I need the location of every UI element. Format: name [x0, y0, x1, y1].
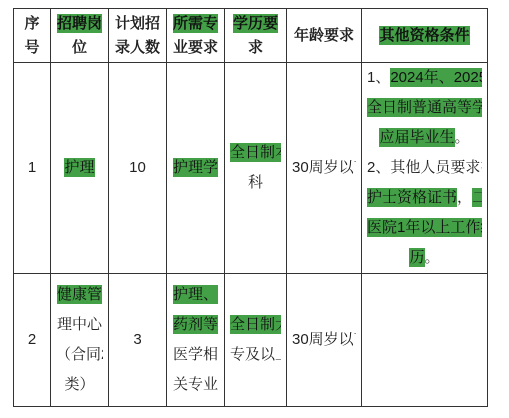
- text-segment: 10: [129, 159, 146, 176]
- highlighted-text-segment: 护理学: [173, 158, 218, 177]
- cell-line: 全日制大: [230, 310, 281, 340]
- text-segment: 2: [28, 331, 36, 348]
- cell-line: 学历要: [230, 12, 281, 36]
- cell-line: （合同2: [56, 340, 103, 370]
- cell-line: 1、2024年、2025年: [367, 63, 482, 93]
- cell-line: 计划招: [114, 12, 161, 36]
- header-cell: 所需专业要求: [167, 9, 225, 63]
- highlighted-text-segment: 全日制本: [230, 143, 281, 162]
- text-segment: 30周岁以下: [292, 331, 356, 348]
- highlighted-text-segment: 全日制普通高等学校: [367, 98, 482, 117]
- cell-line: 位: [56, 36, 103, 60]
- text-segment: 。: [425, 249, 440, 266]
- cell-line: 护士资格证书，二级: [367, 183, 482, 213]
- cell-line: 号: [19, 36, 45, 60]
- text-segment: 30周岁以下: [292, 159, 356, 176]
- text-segment: 位: [72, 39, 87, 56]
- cell-line: 健康管: [56, 280, 103, 310]
- cell-line: 序: [19, 12, 45, 36]
- cell-line: 所需专: [172, 12, 219, 36]
- text-segment: （合同2: [56, 346, 103, 363]
- table-cell: 10: [109, 63, 167, 274]
- text-segment: 号: [24, 39, 39, 56]
- text-segment: 录人数: [115, 39, 160, 56]
- cell-line: 关专业: [172, 370, 219, 400]
- text-segment: 医学相: [173, 346, 218, 363]
- text-segment: 序: [24, 15, 39, 32]
- cell-line: 10: [114, 153, 161, 183]
- cell-line: 年龄要求: [292, 24, 356, 48]
- highlighted-text-segment: 2024年、2025年: [390, 68, 482, 87]
- cell-line: 医学相: [172, 340, 219, 370]
- highlighted-text-segment: 药剂等: [173, 315, 218, 334]
- cell-line: 护理: [56, 153, 103, 183]
- header-cell: 计划招录人数: [109, 9, 167, 63]
- highlighted-text-segment: 学历要: [233, 14, 278, 33]
- cell-line: 理中心: [56, 310, 103, 340]
- table-row: 1护理10护理学全日制本科30周岁以下1、2024年、2025年全日制普通高等学…: [14, 63, 488, 274]
- table-cell: 30周岁以下: [287, 63, 362, 274]
- cell-line: 2、其他人员要求有: [367, 153, 482, 183]
- text-segment: 年龄要求: [294, 27, 354, 44]
- cell-line: 30周岁以下: [292, 153, 356, 183]
- table-cell: [362, 274, 488, 407]
- table-cell: 健康管理中心（合同2类）: [51, 274, 109, 407]
- cell-line: 业要求: [172, 36, 219, 60]
- highlighted-text-segment: 二级: [472, 188, 482, 207]
- text-segment: 理中心: [57, 316, 102, 333]
- cell-line: 录人数: [114, 36, 161, 60]
- highlighted-text-segment: 护理、: [173, 285, 218, 304]
- text-segment: 专及以上: [230, 346, 281, 363]
- header-cell: 序号: [14, 9, 51, 63]
- cell-line: 科: [230, 168, 281, 198]
- highlighted-text-segment: 护士资格证书: [367, 188, 457, 207]
- cell-line: 全日制普通高等学校: [367, 93, 482, 123]
- header-row: 序号招聘岗位计划招录人数所需专业要求学历要求年龄要求其他资格条件: [14, 9, 488, 63]
- cell-line: 类）: [56, 370, 103, 400]
- highlighted-text-segment: 应届毕业生: [379, 128, 454, 147]
- text-segment: ，: [457, 189, 472, 206]
- cell-line: 药剂等: [172, 310, 219, 340]
- highlighted-text-segment: 健康管: [57, 285, 102, 304]
- highlighted-text-segment: 医院1年以上工作经: [367, 218, 482, 237]
- cell-line: 3: [114, 325, 161, 355]
- cell-line: 应届毕业生。: [367, 123, 482, 153]
- cell-line: 护理、: [172, 280, 219, 310]
- text-segment: 2、其他人员要求有: [367, 159, 482, 176]
- table-cell: 护理、药剂等医学相关专业: [167, 274, 225, 407]
- cell-line: 护理学: [172, 153, 219, 183]
- text-segment: 类）: [64, 376, 94, 393]
- table-cell: 2: [14, 274, 51, 407]
- header-cell: 招聘岗位: [51, 9, 109, 63]
- text-segment: 。: [455, 129, 470, 146]
- cell-line: 招聘岗: [56, 12, 103, 36]
- highlighted-text-segment: 护理: [64, 158, 94, 177]
- highlighted-text-segment: 所需专: [173, 14, 218, 33]
- cell-line: 1: [19, 153, 45, 183]
- header-cell: 其他资格条件: [362, 9, 488, 63]
- table-cell: 护理学: [167, 63, 225, 274]
- text-segment: 业要求: [173, 39, 218, 56]
- cell-line: 全日制本: [230, 138, 281, 168]
- table-cell: 护理: [51, 63, 109, 274]
- table-cell: 全日制本科: [225, 63, 287, 274]
- cell-line: 2: [19, 325, 45, 355]
- table-cell: 1: [14, 63, 51, 274]
- text-segment: 计划招: [115, 15, 160, 32]
- highlighted-text-segment: 历: [409, 248, 424, 267]
- table-cell: 3: [109, 274, 167, 407]
- text-segment: 关专业: [173, 376, 218, 393]
- cell-line: 专及以上: [230, 340, 281, 370]
- cell-line: 其他资格条件: [367, 24, 482, 48]
- text-segment: 3: [133, 331, 141, 348]
- cell-line: 历。: [367, 243, 482, 273]
- text-segment: 求: [248, 39, 263, 56]
- header-cell: 年龄要求: [287, 9, 362, 63]
- highlighted-text-segment: 其他资格条件: [379, 26, 469, 45]
- table-header: 序号招聘岗位计划招录人数所需专业要求学历要求年龄要求其他资格条件: [14, 9, 488, 63]
- cell-line: 求: [230, 36, 281, 60]
- table-row: 2健康管理中心（合同2类）3护理、药剂等医学相关专业全日制大专及以上30周岁以下: [14, 274, 488, 407]
- table-body: 1护理10护理学全日制本科30周岁以下1、2024年、2025年全日制普通高等学…: [14, 63, 488, 407]
- table-cell: 30周岁以下: [287, 274, 362, 407]
- table-cell: 1、2024年、2025年全日制普通高等学校应届毕业生。2、其他人员要求有护士资…: [362, 63, 488, 274]
- text-segment: 1: [28, 159, 36, 176]
- text-segment: 1、: [367, 69, 390, 86]
- table-cell: 全日制大专及以上: [225, 274, 287, 407]
- highlighted-text-segment: 招聘岗: [57, 14, 102, 33]
- page-background: 序号招聘岗位计划招录人数所需专业要求学历要求年龄要求其他资格条件 1护理10护理…: [0, 0, 509, 418]
- recruitment-table: 序号招聘岗位计划招录人数所需专业要求学历要求年龄要求其他资格条件 1护理10护理…: [13, 8, 488, 407]
- text-segment: 科: [248, 174, 263, 191]
- header-cell: 学历要求: [225, 9, 287, 63]
- cell-line: 医院1年以上工作经: [367, 213, 482, 243]
- cell-line: 30周岁以下: [292, 325, 356, 355]
- highlighted-text-segment: 全日制大: [230, 315, 281, 334]
